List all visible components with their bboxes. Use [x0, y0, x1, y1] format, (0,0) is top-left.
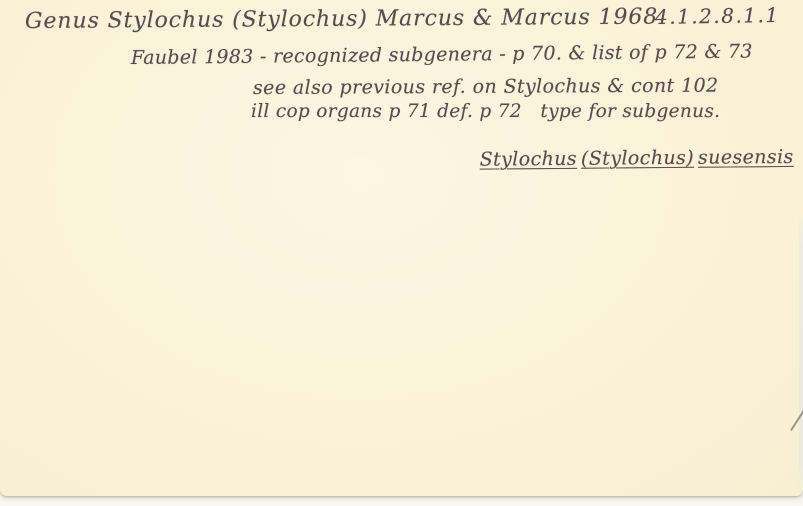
- handwritten-line-type-species: Stylochus(Stylochus)suesensis: [441, 123, 798, 195]
- index-card: 4.1.2.8.1.1 Genus Stylochus (Stylochus) …: [0, 0, 803, 496]
- handwritten-line-organs-note: ill cop organs p 71 def. p 72 type for s…: [251, 101, 720, 123]
- type-species-subgenus: (Stylochus): [581, 147, 694, 170]
- catalog-number: 4.1.2.8.1.1: [655, 3, 780, 29]
- scanned-card-page: 4.1.2.8.1.1 Genus Stylochus (Stylochus) …: [0, 0, 803, 506]
- handwritten-line-genus-heading: Genus Stylochus (Stylochus) Marcus & Mar…: [25, 5, 658, 36]
- type-species-epithet: suesensis: [698, 146, 794, 169]
- handwritten-line-faubel-note: Faubel 1983 - recognized subgenera - p 7…: [131, 40, 753, 69]
- card-edge-highlight: [799, 214, 803, 498]
- handwritten-line-see-also-note: see also previous ref. on Stylochus & co…: [253, 75, 719, 100]
- type-species-genus: Stylochus: [480, 148, 578, 171]
